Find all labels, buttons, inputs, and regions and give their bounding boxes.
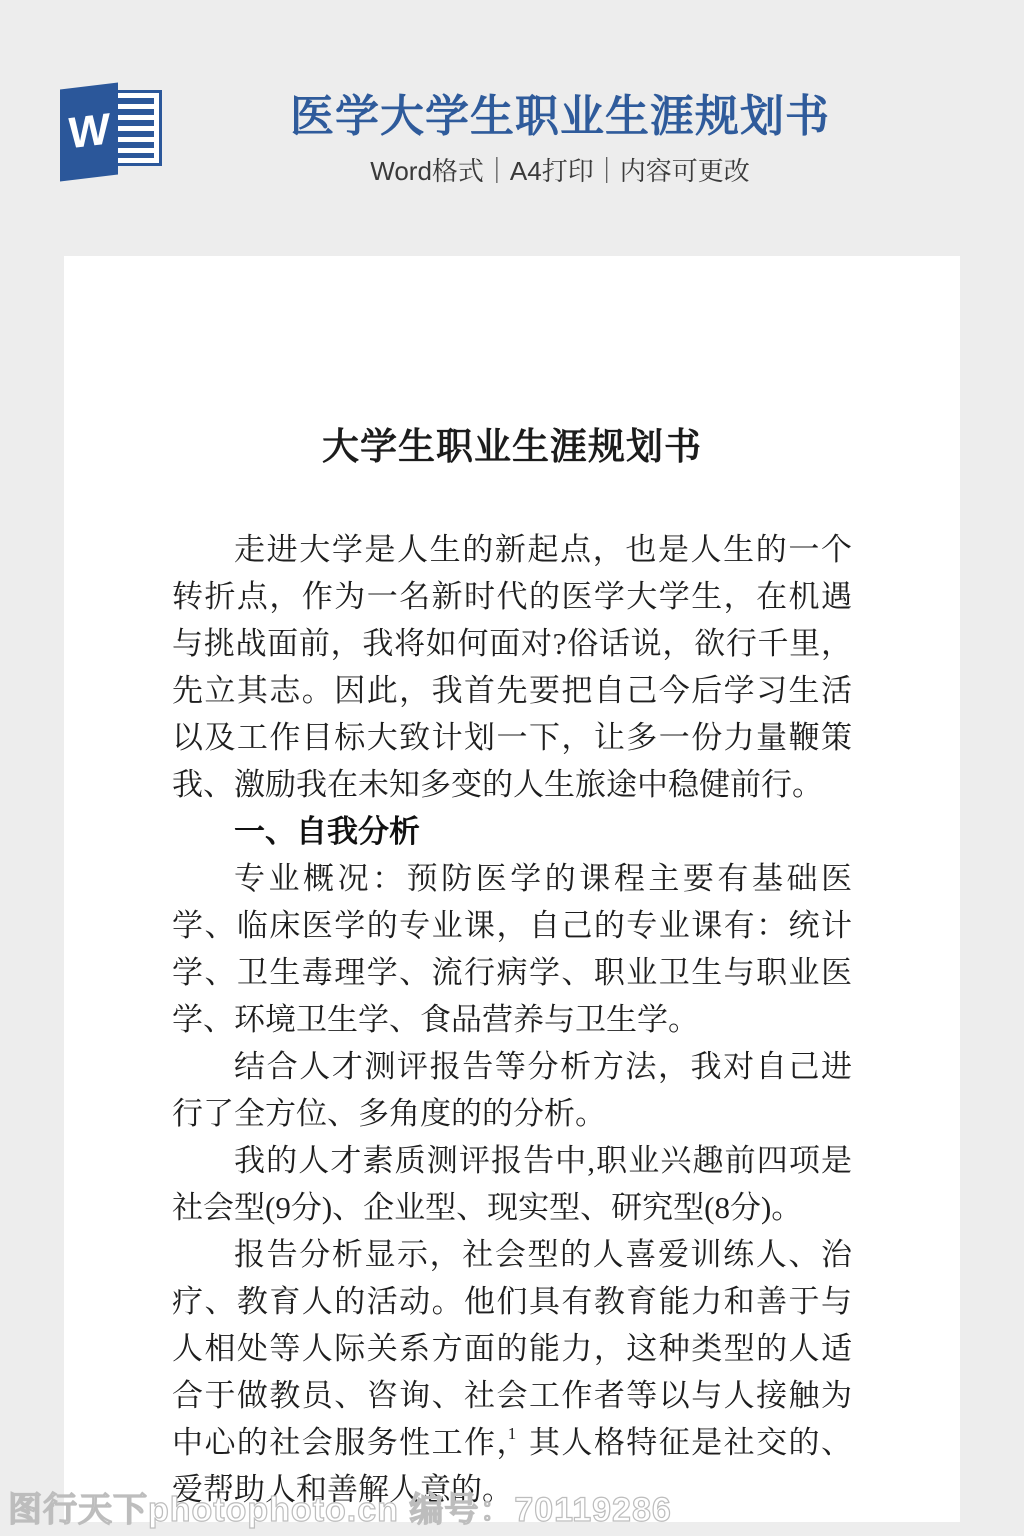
header-text-block: 医学大学生职业生涯规划书 Word格式｜A4打印｜内容可更改 [96, 92, 1024, 187]
template-title: 医学大学生职业生涯规划书 [96, 92, 1024, 143]
header: W 医学大学生职业生涯规划书 Word格式｜A4打印｜内容可更改 [0, 0, 1024, 256]
body-paragraph: 专业概况：预防医学的课程主要有基础医学、临床医学的专业课，自己的专业课有：统计学… [172, 855, 852, 1043]
body-paragraph: 走进大学是人生的新起点，也是人生的一个转折点，作为一名新时代的医学大学生，在机遇… [172, 526, 852, 808]
document-page: 大学生职业生涯规划书 走进大学是人生的新起点，也是人生的一个转折点，作为一名新时… [64, 256, 960, 1522]
body-paragraph: 我的人才素质测评报告中,职业兴趣前四项是社会型(9分)、企业型、现实型、研究型(… [172, 1137, 852, 1231]
section-heading: 一、自我分析 [172, 808, 852, 855]
page-number: 1 [64, 1424, 960, 1444]
site-watermark: 图行天下photophoto.cn 编号：70119286 [8, 1482, 672, 1531]
body-paragraph: 结合人才测评报告等分析方法，我对自己进行了全方位、多角度的的分析。 [172, 1043, 852, 1137]
body-paragraph: 报告分析显示，社会型的人喜爱训练人、治疗、教育人的活动。他们具有教育能力和善于与… [172, 1231, 852, 1513]
template-preview: W 医学大学生职业生涯规划书 Word格式｜A4打印｜内容可更改 大学生职业生涯… [0, 0, 1024, 1536]
document-body: 走进大学是人生的新起点，也是人生的一个转折点，作为一名新时代的医学大学生，在机遇… [172, 526, 852, 1513]
document-title: 大学生职业生涯规划书 [172, 416, 852, 470]
template-subtitle: Word格式｜A4打印｜内容可更改 [96, 156, 1024, 187]
